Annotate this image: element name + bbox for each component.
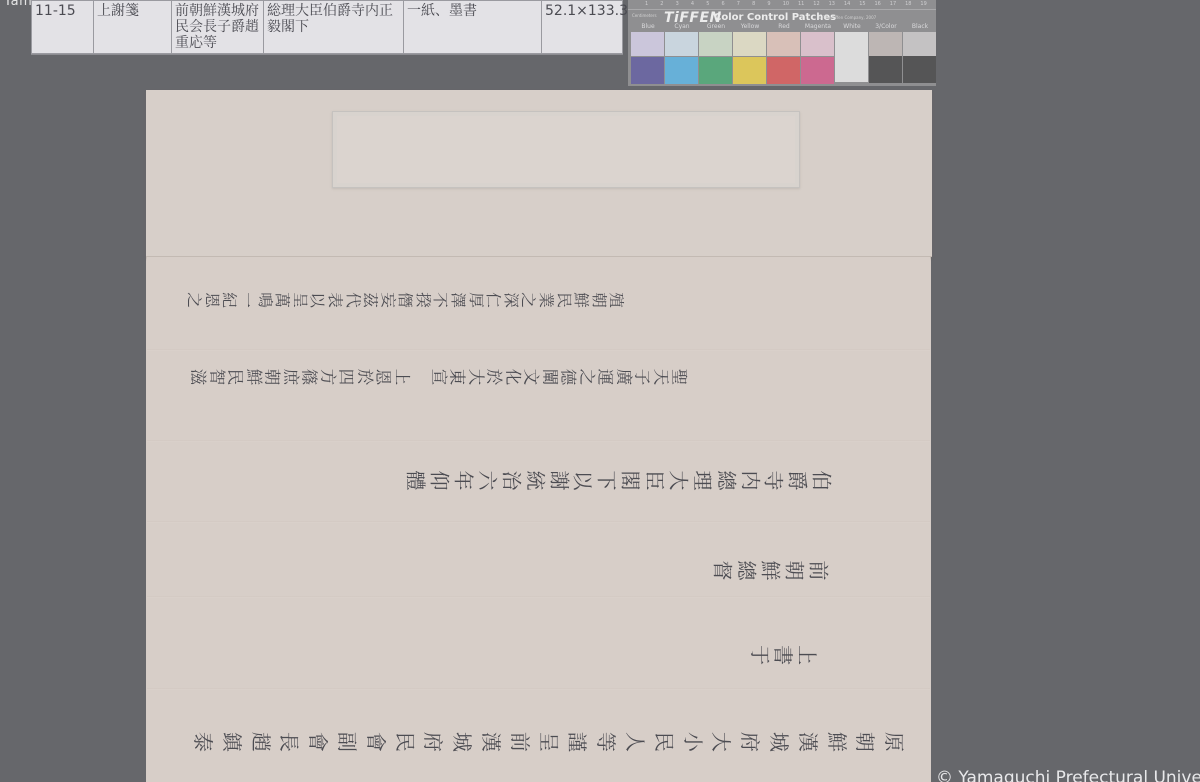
ruler-tick: 9: [767, 1, 770, 7]
calligraphy-line: 上書于: [750, 641, 820, 670]
fold-line: [147, 688, 930, 690]
patch-label: Red: [767, 23, 801, 30]
ruler-tick: 13: [829, 1, 835, 7]
ruler-tick: 10: [783, 1, 789, 7]
calligraphy-line: 原朝鮮漢城府大小民人等謹呈前漢城府民會副會長趙鎮泰: [190, 725, 910, 754]
color-patch: [699, 57, 732, 84]
ruler-tick: 5: [706, 1, 709, 7]
fold-line: [147, 521, 930, 523]
ruler-tick: 14: [844, 1, 850, 7]
color-patch: [767, 32, 800, 56]
ruler-tick: 1: [645, 1, 648, 7]
color-patch: [903, 32, 936, 56]
fold-line: [147, 349, 930, 351]
patch-label: White: [835, 23, 869, 30]
ruler-tick: 19: [920, 1, 926, 7]
color-patch: [835, 32, 868, 82]
patch-label: Yellow: [733, 23, 767, 30]
color-patch: [869, 56, 902, 83]
ruler-tick: 3: [676, 1, 679, 7]
ruler-tick: 2: [660, 1, 663, 7]
fold-line: [147, 596, 930, 598]
color-patch: [903, 56, 936, 83]
calligraphy-line: 伯爵寺内總理大臣閣下以謝統治六年仰體: [405, 466, 835, 495]
catalog-recipient: 総理大臣伯爵寺内正毅閣下: [264, 1, 404, 54]
fold-line: [147, 440, 930, 442]
ruler-tick: 6: [722, 1, 725, 7]
calligraphy-line: 聖天子廣運之德闡文化於大東宣 上恩於四方篠庶朝鮮民智滋: [190, 366, 690, 390]
catalog-format: 一紙、墨書: [404, 1, 542, 54]
ruler-tick: 4: [691, 1, 694, 7]
copyright-watermark: © Yamaguchi Prefectural University: [936, 768, 1200, 782]
catalog-author: 前朝鮮漢城府民会長子爵趙重応等: [172, 1, 264, 54]
ruler-tick: 11: [798, 1, 804, 7]
color-patch: [801, 32, 834, 56]
ruler-label: Centimeters: [632, 13, 657, 18]
color-patch: [699, 32, 732, 56]
centimeter-ruler: 12345678910111213141516171819: [628, 0, 936, 10]
patch-label: Magenta: [801, 23, 835, 30]
patch-labels: BlueCyanGreenYellowRedMagentaWhite3/Colo…: [628, 23, 936, 32]
color-patch: [665, 57, 698, 84]
patch-label: 3/Color: [869, 23, 903, 30]
catalog-size: 52.1×133.3: [542, 1, 623, 54]
ruler-tick: 15: [859, 1, 865, 7]
patch-label: Cyan: [665, 23, 699, 30]
ruler-tick: 18: [905, 1, 911, 7]
ruler-tick: 17: [890, 1, 896, 7]
color-patch: [631, 32, 664, 56]
ruler-tick: 16: [875, 1, 881, 7]
chart-copyright: © The Tiffen Company, 2007: [818, 15, 876, 20]
catalog-label: 11-15 上謝箋 前朝鮮漢城府民会長子爵趙重応等 総理大臣伯爵寺内正毅閣下 一…: [31, 0, 623, 54]
ruler-tick: 7: [737, 1, 740, 7]
color-patch: [733, 57, 766, 84]
patch-label: Black: [903, 23, 936, 30]
scroll-body-panel: [147, 257, 930, 782]
catalog-number: 11-15: [32, 1, 94, 54]
calligraphy-line: 前朝鮮總督: [712, 556, 832, 585]
calligraphy-line: 殖朝鮮民業之深仁厚澤不揆僭妄茲代表以呈萬鳴一紀恩之: [186, 288, 626, 312]
ruler-tick: 8: [752, 1, 755, 7]
color-patch: [869, 32, 902, 56]
color-patch: [665, 32, 698, 56]
ruler-tick: 12: [813, 1, 819, 7]
patch-label: Blue: [631, 23, 665, 30]
color-patch: [631, 57, 664, 84]
glass-weight: [332, 111, 800, 188]
catalog-title: 上謝箋: [94, 1, 172, 54]
color-control-chart: 12345678910111213141516171819 Centimeter…: [628, 0, 936, 86]
color-patch: [733, 32, 766, 56]
color-patch: [767, 57, 800, 84]
patch-label: Green: [699, 23, 733, 30]
color-patch: [801, 57, 834, 84]
